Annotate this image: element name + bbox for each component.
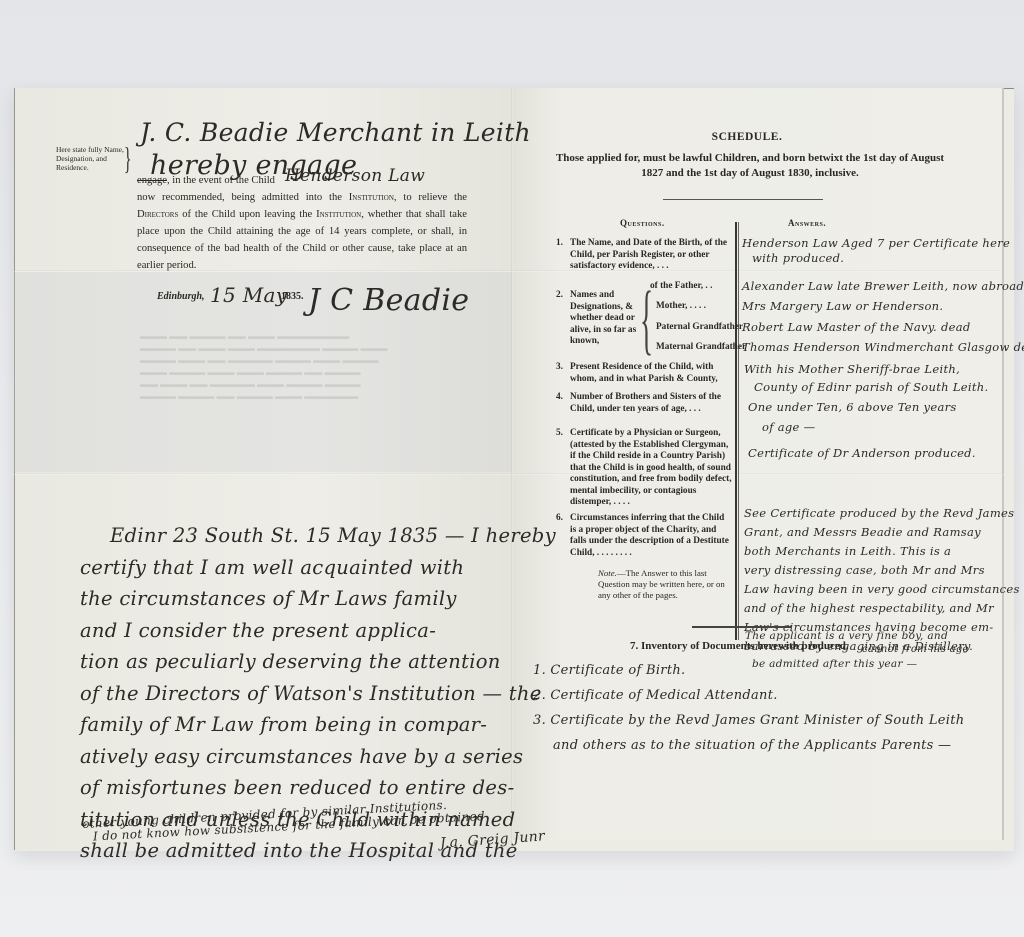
fold-line-middle: [14, 473, 1004, 475]
bleed-through-text: ▬▬▬ ▬▬ ▬▬▬▬ ▬▬ ▬▬▬ ▬▬▬▬▬▬▬▬▬▬▬▬ ▬▬ ▬▬▬ ▬…: [140, 330, 470, 402]
section-rule: [692, 626, 792, 628]
question-5: 5.Certificate by a Physician or Surgeon,…: [570, 428, 732, 509]
inventory-item: and others as to the situation of the Ap…: [533, 733, 964, 758]
brace-symbol: }: [124, 142, 132, 174]
answer-father: Alexander Law late Brewer Leith, now abr…: [742, 279, 1024, 293]
inventory-list: 1. Certificate of Birth. 2. Certificate …: [533, 658, 964, 758]
schedule-eligibility: Those applied for, must be lawful Childr…: [555, 151, 945, 181]
answers-header: Answers.: [788, 218, 826, 228]
guarantor-signature: J C Beadie: [308, 283, 469, 318]
brace-symbol: {: [640, 280, 653, 358]
question-3: 3.Present Residence of the Child, with w…: [570, 362, 732, 385]
letter-line: tion as peculiarly deserving the attenti…: [80, 646, 520, 678]
question-7: 7. Inventory of Documents herewith produ…: [630, 640, 849, 652]
question-1: 1.The Name, and Date of the Birth, of th…: [570, 238, 730, 273]
answer-3: With his Mother Sheriff-brae Leith,: [744, 362, 960, 376]
answer-3-cont: County of Edinr parish of South Leith.: [754, 380, 988, 394]
inventory-item: 1. Certificate of Birth.: [533, 658, 964, 683]
letter-line: certify that I am well acquainted with: [80, 552, 520, 584]
letter-line: family of Mr Law from being in compar-: [80, 709, 520, 741]
handwritten-guarantor-name: J. C. Beadie Merchant in Leith: [140, 118, 531, 147]
date-place: Edinburgh,: [157, 291, 205, 302]
engagement-text: engage, in the event of the Child now re…: [137, 172, 467, 274]
answer-4: One under Ten, 6 above Ten years: [748, 400, 957, 414]
answer-paternal-grandfather: Robert Law Master of the Navy. dead: [742, 320, 971, 334]
handwritten-child-name: Henderson Law: [285, 166, 425, 186]
title-rule: [663, 199, 823, 200]
relation-mother: Mother, . . . .: [656, 301, 706, 311]
question-4: 4.Number of Brothers and Sisters of the …: [570, 392, 732, 415]
date-year: 1835.: [281, 291, 304, 302]
relation-maternal-grandfather: Maternal Grandfather: [656, 342, 746, 352]
question-2: 2.Names and Designations, & whether dead…: [570, 290, 642, 348]
letter-line: atively easy circumstances have by a ser…: [80, 741, 520, 773]
answer-maternal-grandfather: Thomas Henderson Windmerchant Glasgow de…: [742, 340, 1024, 354]
answer-4-cont: of age —: [762, 420, 815, 434]
letter-line: of the Directors of Watson's Institution…: [80, 678, 520, 710]
letter-line: the circumstances of Mr Laws family: [80, 583, 520, 615]
answer-6-cont-2: cannot from his age: [862, 644, 969, 655]
struck-word: engage: [137, 175, 167, 186]
question-6: 6.Circumstances inferring that the Child…: [570, 513, 732, 559]
column-divider-inner: [738, 222, 739, 640]
schedule-title: SCHEDULE.: [512, 131, 982, 143]
inventory-item: 3. Certificate by the Revd James Grant M…: [533, 708, 964, 733]
answer-1: Henderson Law Aged 7 per Certificate her…: [742, 236, 1010, 250]
letter-line: and I consider the present applica-: [80, 615, 520, 647]
answer-5: Certificate of Dr Anderson produced.: [748, 446, 976, 460]
handwritten-date: 15 May: [210, 283, 287, 307]
relation-paternal-grandfather: Paternal Grandfather: [656, 322, 743, 332]
letter-line: Edinr 23 South St. 15 May 1835 — I hereb…: [80, 520, 520, 552]
questions-header: Questions.: [620, 218, 665, 228]
answer-mother: Mrs Margery Law or Henderson.: [742, 299, 943, 313]
column-divider: [735, 222, 737, 640]
answer-1-cont: with produced.: [752, 251, 844, 265]
relation-father: of the Father, . .: [650, 281, 712, 291]
question-note: Note.—The Answer to this last Question m…: [598, 568, 732, 601]
inventory-item: 2. Certificate of Medical Attendant.: [533, 683, 964, 708]
